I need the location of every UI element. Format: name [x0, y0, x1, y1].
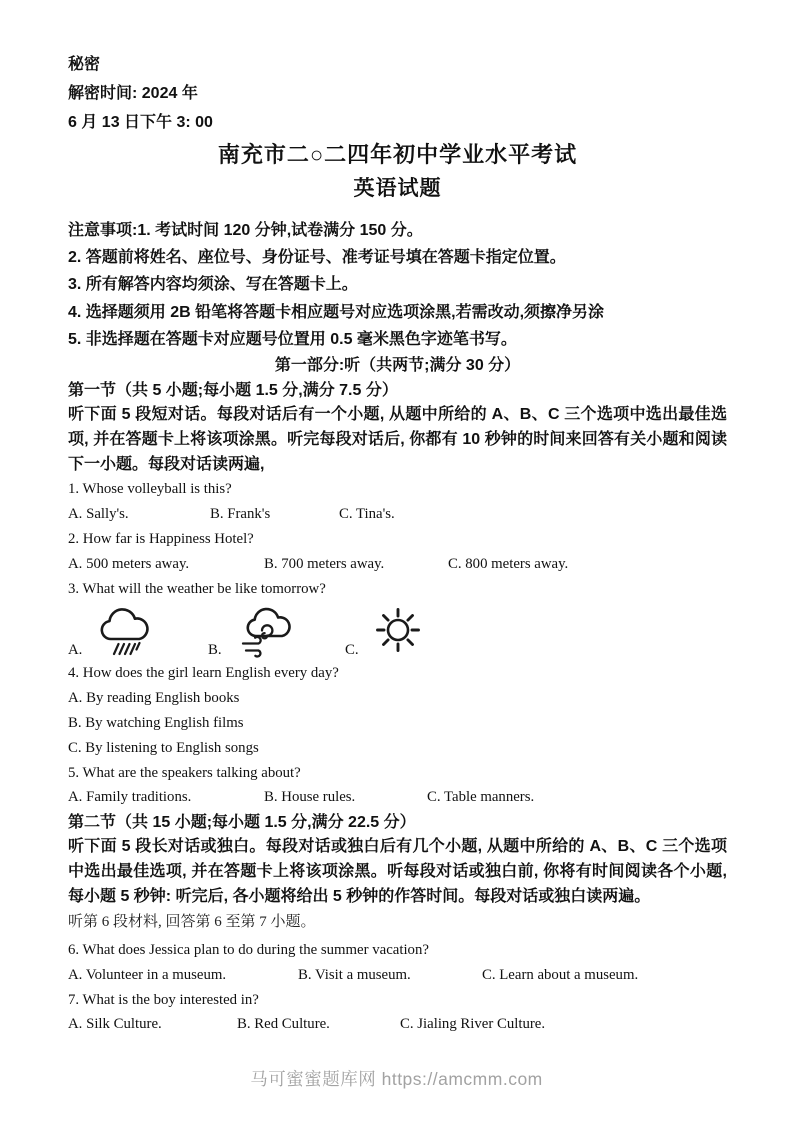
secret-label: 秘密 [68, 50, 727, 79]
question-4-text: 4. How does the girl learn English every… [68, 661, 727, 686]
question-5-text: 5. What are the speakers talking about? [68, 761, 727, 786]
question-6-option-b: B. Visit a museum. [298, 963, 411, 988]
notice-line-5: 5. 非选择题在答题卡对应题号位置用 0.5 毫米黑色字迹笔书写。 [68, 326, 727, 353]
watermark: 马可蜜蜜题库网 https://amcmm.com [0, 1066, 793, 1091]
exam-title: 南充市二○二四年初中学业水平考试 [68, 139, 727, 171]
section1-heading: 第一节（共 5 小题;每小题 1.5 分,满分 7.5 分） [68, 378, 727, 403]
exam-paper-page: 秘密 解密时间: 2024 年 6 月 13 日下午 3: 00 南充市二○二四… [0, 0, 793, 1122]
question-4-option-c: C. By listening to English songs [68, 736, 727, 761]
question-3-option-c-label: C. [345, 642, 359, 659]
notice-line-4: 4. 选择题须用 2B 铅笔将答题卡相应题号对应选项涂黑,若需改动,须擦净另涂 [68, 299, 727, 326]
question-4-option-b: B. By watching English films [68, 711, 727, 736]
question-6-text: 6. What does Jessica plan to do during t… [68, 938, 727, 963]
question-1-option-b: B. Frank's [210, 502, 270, 527]
question-7-option-c: C. Jialing River Culture. [400, 1012, 545, 1037]
page-content: 秘密 解密时间: 2024 年 6 月 13 日下午 3: 00 南充市二○二四… [68, 50, 727, 1037]
question-3-text: 3. What will the weather be like tomorro… [68, 577, 727, 602]
section2-instructions: 听下面 5 段长对话或独白。每段对话或独白后有几个小题, 从题中所给的 A、B、… [68, 835, 727, 909]
question-7-option-b: B. Red Culture. [237, 1012, 330, 1037]
question-5-option-b: B. House rules. [264, 785, 355, 810]
question-2-option-c: C. 800 meters away. [448, 552, 568, 577]
section1-instructions: 听下面 5 段短对话。每段对话后有一个小题, 从题中所给的 A、B、C 三个选项… [68, 403, 727, 477]
exam-notices: 注意事项:1. 考试时间 120 分钟,试卷满分 150 分。 2. 答题前将姓… [68, 217, 727, 353]
notice-line-3: 3. 所有解答内容均须涂、写在答题卡上。 [68, 271, 727, 298]
question-6-option-c: C. Learn about a museum. [482, 963, 638, 988]
question-2-text: 2. How far is Happiness Hotel? [68, 527, 727, 552]
decrypt-time-line-2: 6 月 13 日下午 3: 00 [68, 108, 727, 137]
question-1-option-c: C. Tina's. [339, 502, 395, 527]
question-5-option-a: A. Family traditions. [68, 785, 191, 810]
question-5-option-c: C. Table manners. [427, 785, 534, 810]
question-2-options: A. 500 meters away. B. 700 meters away. … [68, 552, 727, 577]
exam-subtitle: 英语试题 [68, 171, 727, 207]
question-6-option-a: A. Volunteer in a museum. [68, 963, 226, 988]
material-note: 听第 6 段材料, 回答第 6 至第 7 小题。 [68, 910, 727, 936]
question-3-option-a-label: A. [68, 642, 82, 659]
rain-cloud-icon [94, 605, 156, 661]
notice-line-2: 2. 答题前将姓名、座位号、身份证号、准考证号填在答题卡指定位置。 [68, 244, 727, 271]
section2-heading: 第二节（共 15 小题;每小题 1.5 分,满分 22.5 分） [68, 810, 727, 835]
question-3-options: A. B. C. [68, 603, 727, 661]
notice-line-1: 注意事项:1. 考试时间 120 分钟,试卷满分 150 分。 [68, 217, 727, 244]
question-7-options: A. Silk Culture. B. Red Culture. C. Jial… [68, 1012, 727, 1037]
question-1-text: 1. Whose volleyball is this? [68, 477, 727, 502]
question-3-option-b-label: B. [208, 642, 222, 659]
question-5-options: A. Family traditions. B. House rules. C.… [68, 785, 727, 810]
question-7-text: 7. What is the boy interested in? [68, 988, 727, 1013]
wind-cloud-icon [233, 605, 295, 661]
decrypt-time-line-1: 解密时间: 2024 年 [68, 79, 727, 108]
question-7-option-a: A. Silk Culture. [68, 1012, 162, 1037]
sun-icon [371, 603, 425, 657]
question-2-option-b: B. 700 meters away. [264, 552, 384, 577]
part1-heading: 第一部分:听（共两节;满分 30 分） [68, 353, 727, 378]
question-1-options: A. Sally's. B. Frank's C. Tina's. [68, 502, 727, 527]
question-4-option-a: A. By reading English books [68, 686, 727, 711]
question-6-options: A. Volunteer in a museum. B. Visit a mus… [68, 963, 727, 988]
question-2-option-a: A. 500 meters away. [68, 552, 189, 577]
question-1-option-a: A. Sally's. [68, 502, 129, 527]
